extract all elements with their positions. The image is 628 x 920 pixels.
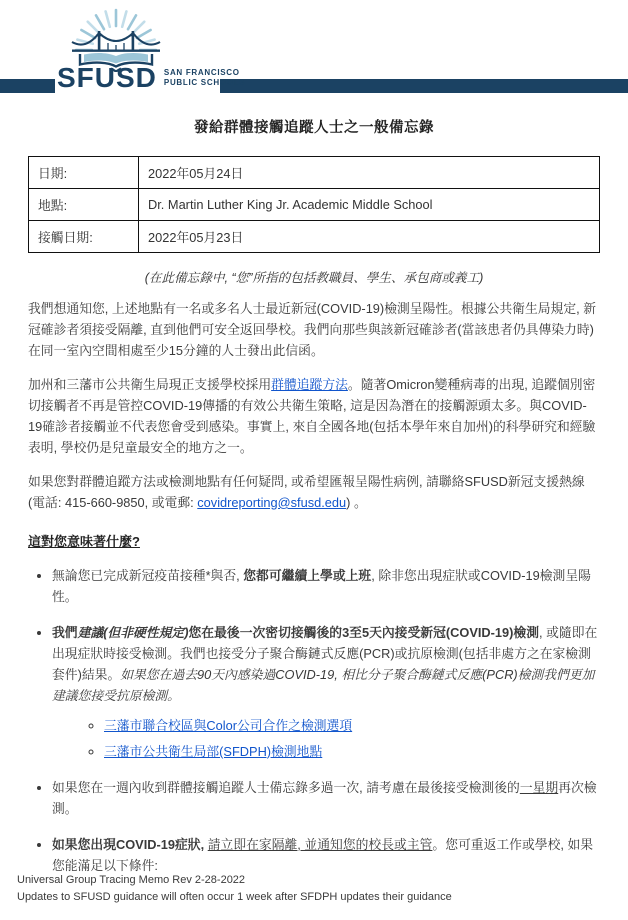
header-bar-left (0, 79, 55, 93)
footer-update-note: Updates to SFUSD guidance will often occ… (17, 889, 452, 907)
table-row-exposure-date: 接觸日期: 2022年05月23日 (29, 221, 600, 253)
bullet-list: 無論您已完成新冠疫苗接種*與否, 您都可繼續上學或上班, 除非您出現症狀或COV… (28, 566, 600, 877)
paragraph-contact-hotline: 如果您對群體追蹤方法或檢測地點有任何疑問, 或希望匯報呈陽性病例, 請聯絡SFU… (28, 472, 600, 514)
bullet3-pre: 如果您在一週內收到群體接觸追蹤人士備忘錄多過一次, 請考慮在最後接受檢測後的 (52, 780, 520, 795)
memo-scope-note: (在此備忘錄中, “您”所指的包括教職員、學生、承包商或義工) (28, 267, 600, 286)
paragraph-group-tracing: 加州和三藩市公共衛生局現正支援學校採用群體追蹤方法。隨著Omicron變種病毒的… (28, 375, 600, 459)
memo-page: SFUSD SAN FRANCISCO PUBLIC SCHOOLS 發給群體接… (0, 0, 628, 920)
paragraph-notification: 我們想通知您, 上述地點有一名或多名人士最近新冠(COVID-19)檢測呈陽性。… (28, 299, 600, 362)
header: SFUSD SAN FRANCISCO PUBLIC SCHOOLS (0, 0, 628, 108)
bullet4-bold: 如果您出現COVID-19症狀, (52, 837, 208, 852)
bullet4-underline: 請立即在家隔離, 並通知您的校長或主管 (208, 837, 433, 852)
memo-title: 發給群體接觸追蹤人士之一般備忘錄 (28, 116, 600, 137)
date-value: 2022年05月24日 (139, 157, 600, 189)
list-item-color-testing: 三藩市聯合校區與Color公司合作之檢測選項 (104, 716, 600, 737)
bullet2-bold-italic: 建議(但非硬性規定) (78, 625, 189, 640)
covid-reporting-email-link[interactable]: covidreporting@sfusd.edu (197, 495, 346, 510)
paragraph-group-tracing-pre: 加州和三藩市公共衛生局現正支援學校採用 (28, 377, 271, 392)
bullet2-italic: 如果您在過去90天內感染過COVID-19, 相比分子聚合酶鏈式反應(PCR)檢… (52, 667, 594, 703)
table-row-date: 日期: 2022年05月24日 (29, 157, 600, 189)
bullet-vaccination-status: 無論您已完成新冠疫苗接種*與否, 您都可繼續上學或上班, 除非您出現症狀或COV… (52, 566, 600, 608)
group-tracing-method-link[interactable]: 群體追蹤方法 (271, 377, 348, 392)
footer: Universal Group Tracing Memo Rev 2-28-20… (17, 872, 452, 907)
header-bar-right (220, 79, 628, 93)
bullet2-bold2: 您在最後一次密切接觸後的3至5天內接受新冠(COVID-19)檢測 (189, 625, 540, 640)
paragraph-contact-post: ) 。 (346, 495, 367, 510)
sfdph-testing-locations-link[interactable]: 三藩市公共衛生局部(SFDPH)檢測地點 (104, 744, 322, 759)
date-label: 日期: (29, 157, 139, 189)
logo-tagline: SAN FRANCISCO PUBLIC SCHOOLS (164, 68, 245, 89)
bullet1-pre: 無論您已完成新冠疫苗接種*與否, (52, 568, 243, 583)
location-label: 地點: (29, 189, 139, 221)
exposure-date-value: 2022年05月23日 (139, 221, 600, 253)
exposure-date-label: 接觸日期: (29, 221, 139, 253)
bullet3-underline: 一星期 (520, 780, 558, 795)
memo-content: 發給群體接觸追蹤人士之一般備忘錄 日期: 2022年05月24日 地點: Dr.… (0, 116, 628, 877)
logo-acronym: SFUSD (57, 64, 157, 92)
bullet-testing-recommendation: 我們建議(但非硬性規定)您在最後一次密切接觸後的3至5天內接受新冠(COVID-… (52, 623, 600, 763)
location-value: Dr. Martin Luther King Jr. Academic Midd… (139, 189, 600, 221)
testing-links-sublist: 三藩市聯合校區與Color公司合作之檢測選項 三藩市公共衛生局部(SFDPH)檢… (52, 716, 600, 763)
bullet2-bold1: 我們 (52, 625, 78, 640)
table-row-location: 地點: Dr. Martin Luther King Jr. Academic … (29, 189, 600, 221)
color-testing-options-link[interactable]: 三藩市聯合校區與Color公司合作之檢測選項 (104, 718, 352, 733)
section-heading-what-it-means: 這對您意味著什麼? (28, 531, 140, 550)
footer-revision-line: Universal Group Tracing Memo Rev 2-28-20… (17, 872, 452, 890)
bullet-symptoms: 如果您出現COVID-19症狀, 請立即在家隔離, 並通知您的校長或主管。您可重… (52, 835, 600, 877)
bullet-repeat-memo: 如果您在一週內收到群體接觸追蹤人士備忘錄多過一次, 請考慮在最後接受檢測後的一星… (52, 778, 600, 820)
sfusd-logo-text: SFUSD SAN FRANCISCO PUBLIC SCHOOLS (57, 64, 245, 92)
bullet1-bold: 您都可繼續上學或上班 (243, 568, 371, 583)
list-item-sfdph-locations: 三藩市公共衛生局部(SFDPH)檢測地點 (104, 742, 600, 763)
info-table: 日期: 2022年05月24日 地點: Dr. Martin Luther Ki… (28, 156, 600, 253)
